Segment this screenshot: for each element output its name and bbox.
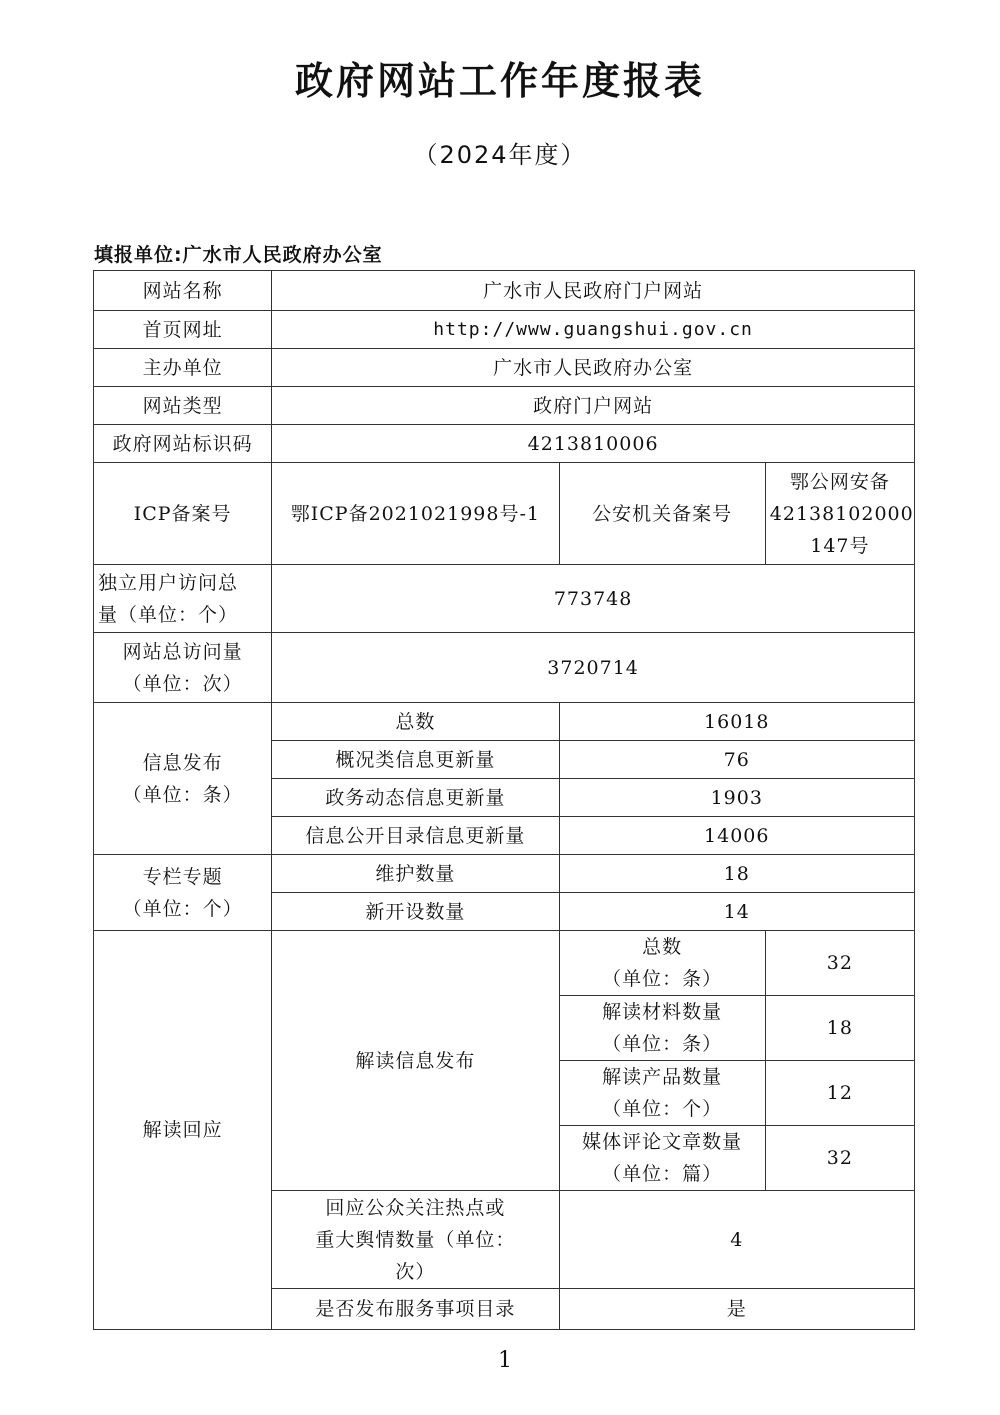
page-number: 1 [0,1348,1000,1373]
columns-label: 专栏专题 （单位：个） [94,855,272,931]
report-year: （2024年度） [0,135,1000,170]
interpretation-label: 解读回应 [94,931,272,1330]
info-publish-label: 信息发布 （单位：条） [94,703,272,855]
police-record-label: 公安机关备案号 [559,463,765,565]
label-line: 网站总访问量 [98,636,267,668]
label-line: （单位：次） [98,668,267,700]
columns-row-value: 14 [559,893,914,931]
interp-row-value: 18 [765,996,914,1061]
interp-row-value: 32 [765,931,914,996]
label-line: 专栏专题 [98,861,267,893]
interp-row-label: 总数 （单位：条） [559,931,765,996]
sponsor-label: 主办单位 [94,349,272,387]
interp-row-label: 媒体评论文章数量 （单位：篇） [559,1126,765,1191]
site-type-value: 政府门户网站 [272,387,915,425]
site-type-label: 网站类型 [94,387,272,425]
reporting-unit: 填报单位:广水市人民政府办公室 [94,240,383,267]
response-label: 回应公众关注热点或 重大舆情数量（单位： 次） [272,1191,559,1289]
label-line: （单位：个） [98,893,267,925]
page-title: 政府网站工作年度报表 [0,50,1000,105]
table-row-icp: ICP备案号 鄂ICP备2021021998号-1 公安机关备案号 鄂公网安备 … [94,463,915,565]
table-row-interp-total: 解读回应 解读信息发布 总数 （单位：条） 32 [94,931,915,996]
total-visits-value: 3720714 [272,633,915,703]
table-row-total-visits: 网站总访问量 （单位：次） 3720714 [94,633,915,703]
table-row-homepage: 首页网址 http://www.guangshui.gov.cn [94,311,915,349]
info-row-value: 76 [559,741,914,779]
interpretation-sub-label: 解读信息发布 [272,931,559,1191]
police-record-line: 42138102000 [770,498,910,530]
table-row-site-name: 网站名称 广水市人民政府门户网站 [94,271,915,311]
table-row-sponsor: 主办单位 广水市人民政府办公室 [94,349,915,387]
table-row-unique-visitors: 独立用户访问总 量（单位：个） 773748 [94,565,915,633]
label-line: （单位：条） [98,779,267,811]
info-row-value: 1903 [559,779,914,817]
report-table: 网站名称 广水市人民政府门户网站 首页网址 http://www.guangsh… [93,270,915,1330]
label-line: 总数 [564,931,761,963]
site-code-value: 4213810006 [272,425,915,463]
label-line: （单位：条） [564,1028,761,1060]
table-row-info-total: 信息发布 （单位：条） 总数 16018 [94,703,915,741]
label-line: 解读产品数量 [564,1061,761,1093]
info-row-label: 概况类信息更新量 [272,741,559,779]
unique-visitors-value: 773748 [272,565,915,633]
interp-row-value: 12 [765,1061,914,1126]
service-catalog-label: 是否发布服务事项目录 [272,1289,559,1330]
icp-label: ICP备案号 [94,463,272,565]
site-code-label: 政府网站标识码 [94,425,272,463]
info-row-label: 信息公开目录信息更新量 [272,817,559,855]
table-row-site-code: 政府网站标识码 4213810006 [94,425,915,463]
label-line: 次） [276,1256,554,1288]
service-catalog-value: 是 [559,1289,914,1330]
columns-row-value: 18 [559,855,914,893]
table-row-site-type: 网站类型 政府门户网站 [94,387,915,425]
label-line: 重大舆情数量（单位： [276,1224,554,1256]
label-line: （单位：条） [564,963,761,995]
interp-row-label: 解读材料数量 （单位：条） [559,996,765,1061]
label-line: 信息发布 [98,747,267,779]
label-line: 量（单位：个） [98,599,267,631]
interp-row-value: 32 [765,1126,914,1191]
homepage-url-link[interactable]: http://www.guangshui.gov.cn [272,311,915,349]
police-record-line: 鄂公网安备 [770,466,910,498]
unique-visitors-label: 独立用户访问总 量（单位：个） [94,565,272,633]
label-line: （单位：篇） [564,1158,761,1190]
total-visits-label: 网站总访问量 （单位：次） [94,633,272,703]
columns-row-label: 新开设数量 [272,893,559,931]
interp-row-label: 解读产品数量 （单位：个） [559,1061,765,1126]
label-line: （单位：个） [564,1093,761,1125]
label-line: 媒体评论文章数量 [564,1126,761,1158]
police-record-value: 鄂公网安备 42138102000 147号 [765,463,914,565]
response-value: 4 [559,1191,914,1289]
label-line: 回应公众关注热点或 [276,1192,554,1224]
icp-value: 鄂ICP备2021021998号-1 [272,463,559,565]
info-row-value: 16018 [559,703,914,741]
info-row-value: 14006 [559,817,914,855]
columns-row-label: 维护数量 [272,855,559,893]
sponsor-value: 广水市人民政府办公室 [272,349,915,387]
label-line: 独立用户访问总 [98,567,267,599]
site-name-label: 网站名称 [94,271,272,311]
label-line: 解读材料数量 [564,996,761,1028]
table-row-columns-maintained: 专栏专题 （单位：个） 维护数量 18 [94,855,915,893]
homepage-label: 首页网址 [94,311,272,349]
info-row-label: 政务动态信息更新量 [272,779,559,817]
site-name-value: 广水市人民政府门户网站 [272,271,915,311]
police-record-line: 147号 [770,530,910,562]
info-row-label: 总数 [272,703,559,741]
